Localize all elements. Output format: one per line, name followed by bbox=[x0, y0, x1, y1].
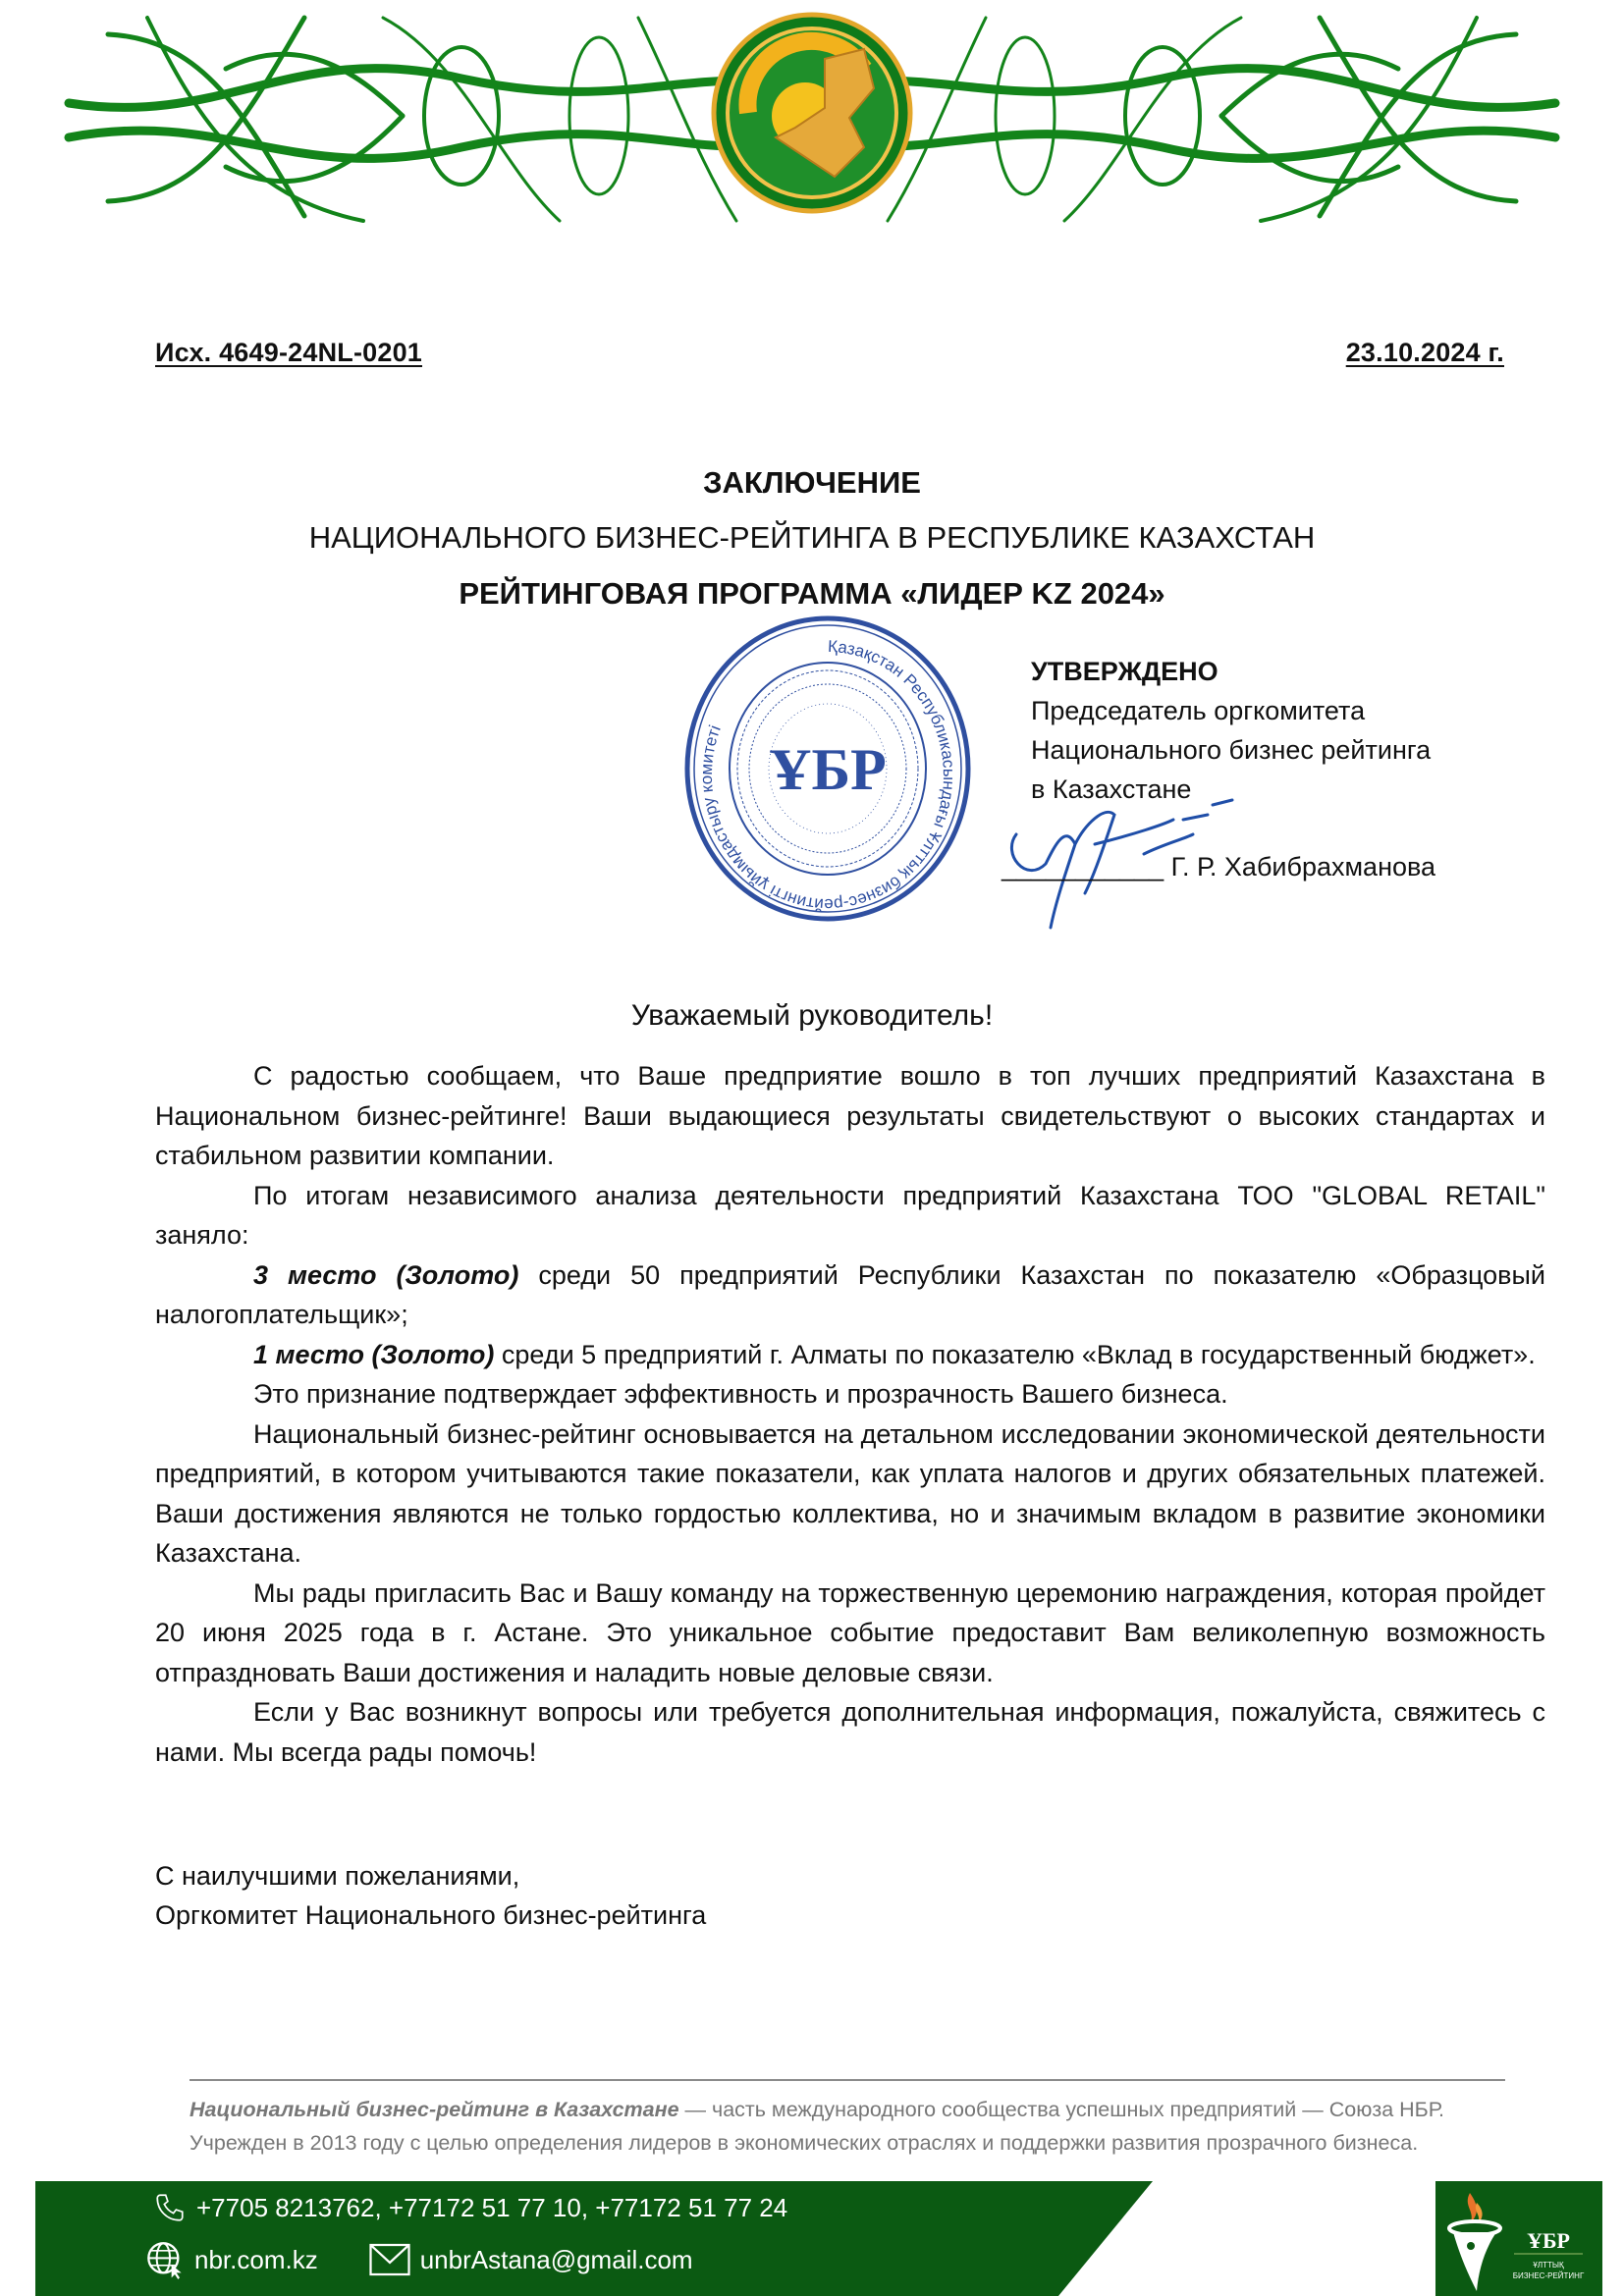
closing-regards: С наилучшими пожеланиями, bbox=[155, 1856, 706, 1896]
award-item-2: 1 место (Золото) среди 5 предприятий г. … bbox=[155, 1335, 1545, 1375]
approved-label: УТВЕРЖДЕНО bbox=[1031, 652, 1218, 691]
body-paragraph-5: Мы рады пригласить Вас и Вашу команду на… bbox=[155, 1574, 1545, 1693]
official-seal-icon: Қазақстан Республикасындағы Ұлттық бизне… bbox=[681, 613, 974, 925]
svg-text:БИЗНЕС-РЕЙТИНГ: БИЗНЕС-РЕЙТИНГ bbox=[1513, 2271, 1585, 2280]
document-title: ЗАКЛЮЧЕНИЕ bbox=[0, 465, 1624, 501]
footer-note-emphasis: Национальный бизнес-рейтинг в Казахстане bbox=[189, 2098, 679, 2121]
approver-signature-line: ___________ Г. Р. Хабибрахманова bbox=[1001, 852, 1435, 882]
closing-sender: Оргкомитет Национального бизнес-рейтинга bbox=[155, 1896, 706, 1935]
footer-note: Национальный бизнес-рейтинг в Казахстане… bbox=[189, 2093, 1564, 2160]
document-date: 23.10.2024 г. bbox=[1346, 338, 1504, 368]
award-2-text: среди 5 предприятий г. Алматы по показат… bbox=[494, 1340, 1535, 1369]
award-2-place: 1 место (Золото) bbox=[253, 1340, 494, 1369]
contact-web-email: nbr.com.kz unbrAstana@gmail.com bbox=[145, 2240, 693, 2279]
letter-body: С радостью сообщаем, что Ваше предприяти… bbox=[155, 1056, 1545, 1772]
award-1-place: 3 место (Золото) bbox=[253, 1260, 518, 1290]
approver-position-line1: Председатель оргкомитета bbox=[1031, 691, 1365, 730]
globe-icon bbox=[145, 2240, 185, 2279]
salutation: Уважаемый руководитель! bbox=[0, 999, 1624, 1033]
leader-emblem-icon bbox=[714, 15, 910, 211]
svg-text:ҰБР: ҰБР bbox=[1527, 2228, 1570, 2253]
phone-numbers[interactable]: +7705 8213762, +77172 51 77 10, +77172 5… bbox=[196, 2193, 787, 2223]
phone-icon bbox=[153, 2191, 187, 2224]
svg-text:ҰБР: ҰБР bbox=[769, 737, 887, 802]
contact-phones: +7705 8213762, +77172 51 77 10, +77172 5… bbox=[153, 2191, 787, 2224]
outgoing-reference-number: Исх. 4649-24NL-0201 bbox=[155, 338, 422, 368]
document-subtitle: НАЦИОНАЛЬНОГО БИЗНЕС-РЕЙТИНГА В РЕСПУБЛИ… bbox=[0, 520, 1624, 556]
body-paragraph-3: Это признание подтверждает эффективность… bbox=[155, 1374, 1545, 1415]
svg-text:ҰЛТТЫҚ: ҰЛТТЫҚ bbox=[1533, 2261, 1564, 2269]
envelope-icon bbox=[369, 2243, 410, 2276]
approver-position-line2: Национального бизнес рейтинга bbox=[1031, 730, 1431, 770]
footer-note-text: — часть международного сообщества успешн… bbox=[679, 2098, 1444, 2121]
program-title: РЕЙТИНГОВАЯ ПРОГРАММА «ЛИДЕР KZ 2024» bbox=[0, 576, 1624, 612]
award-item-1: 3 место (Золото) среди 50 предприятий Ре… bbox=[155, 1255, 1545, 1335]
body-paragraph-2: По итогам независимого анализа деятельно… bbox=[155, 1176, 1545, 1255]
footer-note-line2: Учрежден в 2013 году с целью определения… bbox=[189, 2126, 1564, 2160]
email-link[interactable]: unbrAstana@gmail.com bbox=[420, 2245, 693, 2275]
body-paragraph-6: Если у Вас возникнут вопросы или требует… bbox=[155, 1692, 1545, 1772]
footer-divider bbox=[189, 2079, 1505, 2081]
torch-logo-icon: ҰБР ҰЛТТЫҚ БИЗНЕС-РЕЙТИНГ bbox=[1435, 2181, 1602, 2296]
nbr-footer-logo: ҰБР ҰЛТТЫҚ БИЗНЕС-РЕЙТИНГ bbox=[1435, 2181, 1602, 2296]
website-link[interactable]: nbr.com.kz bbox=[194, 2245, 318, 2275]
closing-block: С наилучшими пожеланиями, Оргкомитет Нац… bbox=[155, 1856, 706, 1935]
body-paragraph-4: Национальный бизнес-рейтинг основывается… bbox=[155, 1415, 1545, 1574]
body-paragraph-1: С радостью сообщаем, что Ваше предприяти… bbox=[155, 1056, 1545, 1176]
header-ornament-icon bbox=[49, 0, 1575, 226]
